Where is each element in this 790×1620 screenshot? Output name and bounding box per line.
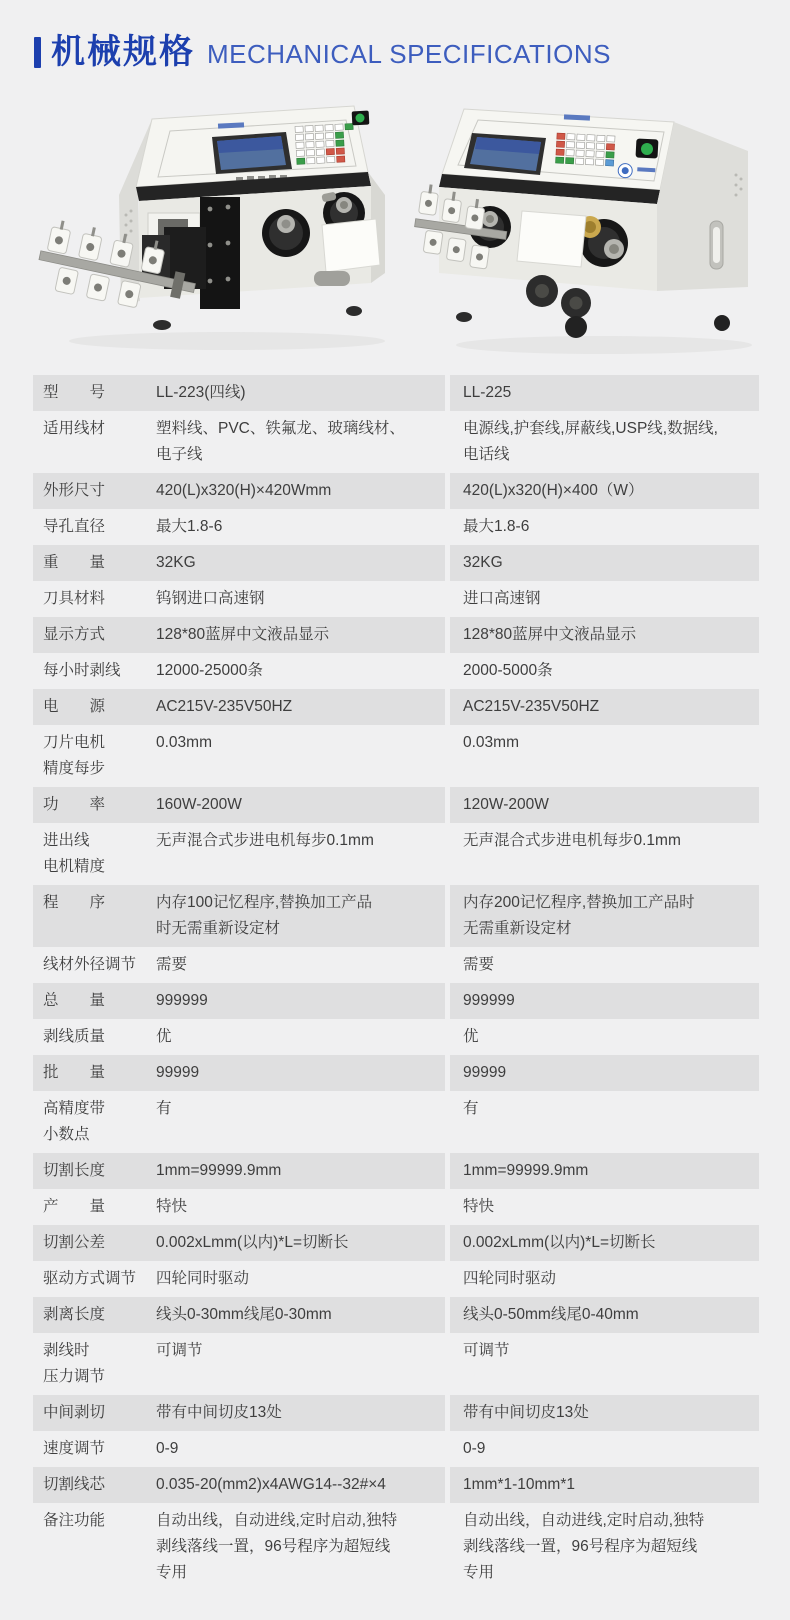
row-label: 驱动方式调节 <box>43 1266 156 1292</box>
row-label: 程 序 <box>43 890 156 916</box>
cell-model-b: 2000-5000条 <box>450 653 759 689</box>
cell-model-b: 128*80蓝屏中文液品显示 <box>450 617 759 653</box>
cell-model-a: 刀具材料钨钢进口高速钢 <box>33 581 445 617</box>
table-row: 切割线芯0.035-20(mm2)x4AWG14--32#×41mm*1-10m… <box>33 1467 759 1503</box>
value-model-b: 420(L)x320(H)×400（W） <box>463 482 649 499</box>
value-model-a: 有 <box>156 1096 178 1122</box>
row-label: 刀片电机 精度每步 <box>43 730 156 782</box>
value-model-a: 0.03mm <box>156 730 218 756</box>
row-label: 产 量 <box>43 1194 156 1220</box>
table-row: 进出线 电机精度无声混合式步进电机每步0.1mm无声混合式步进电机每步0.1mm <box>33 823 759 885</box>
cell-model-a: 线材外径调节需要 <box>33 947 445 983</box>
value-model-a: LL-223(四线) <box>156 380 252 406</box>
table-row: 批 量9999999999 <box>33 1055 759 1091</box>
value-model-b: 自动出线，自动进线,定时启动,独特 剥线落线一置，96号程序为超短线 专用 <box>463 1512 704 1581</box>
cell-model-b: 内存200记忆程序,替换加工产品时 无需重新设定材 <box>450 885 759 947</box>
cell-model-a: 中间剥切带有中间切皮13处 <box>33 1395 445 1431</box>
cell-model-b: 特快 <box>450 1189 759 1225</box>
cell-model-b: 有 <box>450 1091 759 1153</box>
cell-model-a: 剥离长度线头0-30mm线尾0-30mm <box>33 1297 445 1333</box>
cell-model-b: 进口高速钢 <box>450 581 759 617</box>
cell-model-a: 刀片电机 精度每步0.03mm <box>33 725 445 787</box>
cell-model-b: 优 <box>450 1019 759 1055</box>
page-title: 机械规格 <box>51 34 195 71</box>
cell-model-b: 1mm=99999.9mm <box>450 1153 759 1189</box>
table-row: 切割公差0.002xLmm(以内)*L=切断长0.002xLmm(以内)*L=切… <box>33 1225 759 1261</box>
machine-photo-ll223 <box>22 75 414 365</box>
value-model-b: 内存200记忆程序,替换加工产品时 无需重新设定材 <box>463 894 695 937</box>
value-model-a: 钨钢进口高速钢 <box>156 586 271 612</box>
table-row: 显示方式128*80蓝屏中文液品显示128*80蓝屏中文液品显示 <box>33 617 759 653</box>
cell-model-a: 切割公差0.002xLmm(以内)*L=切断长 <box>33 1225 445 1261</box>
value-model-a: 需要 <box>156 952 193 978</box>
value-model-a: 999999 <box>156 988 214 1014</box>
cell-model-a: 总 量999999 <box>33 983 445 1019</box>
cell-model-b: 1mm*1-10mm*1 <box>450 1467 759 1503</box>
row-label: 剥线质量 <box>43 1024 156 1050</box>
row-label: 显示方式 <box>43 622 156 648</box>
cell-model-a: 显示方式128*80蓝屏中文液品显示 <box>33 617 445 653</box>
value-model-a: 线头0-30mm线尾0-30mm <box>156 1302 338 1328</box>
cell-model-b: 0-9 <box>450 1431 759 1467</box>
cell-model-a: 适用线材塑料线、PVC、铁氟龙、玻璃线材、 电子线 <box>33 411 445 473</box>
table-row: 剥线质量优优 <box>33 1019 759 1055</box>
row-label: 重 量 <box>43 550 156 576</box>
cell-model-b: 四轮同时驱动 <box>450 1261 759 1297</box>
cell-model-a: 备注功能自动出线，自动进线,定时启动,独特 剥线落线一置，96号程序为超短线 专… <box>33 1503 445 1591</box>
cell-model-b: 自动出线，自动进线,定时启动,独特 剥线落线一置，96号程序为超短线 专用 <box>450 1503 759 1591</box>
table-row: 刀具材料钨钢进口高速钢进口高速钢 <box>33 581 759 617</box>
value-model-a: 128*80蓝屏中文液品显示 <box>156 622 335 648</box>
value-model-b: 999999 <box>463 992 521 1009</box>
spec-table: 型 号LL-223(四线)LL-225适用线材塑料线、PVC、铁氟龙、玻璃线材、… <box>33 375 759 1591</box>
value-model-a: 99999 <box>156 1060 205 1086</box>
machine-photo-ll225 <box>414 75 782 365</box>
table-row: 速度调节0-90-9 <box>33 1431 759 1467</box>
table-row: 线材外径调节需要需要 <box>33 947 759 983</box>
value-model-a: 最大1.8-6 <box>156 514 228 540</box>
value-model-b: 最大1.8-6 <box>463 518 535 535</box>
table-row: 中间剥切带有中间切皮13处带有中间切皮13处 <box>33 1395 759 1431</box>
value-model-b: 1mm=99999.9mm <box>463 1162 594 1179</box>
value-model-b: 电源线,护套线,屏蔽线,USP线,数据线, 电话线 <box>463 420 718 463</box>
row-label: 适用线材 <box>43 416 156 442</box>
value-model-a: 可调节 <box>156 1338 209 1364</box>
cell-model-b: 999999 <box>450 983 759 1019</box>
value-model-b: 进口高速钢 <box>463 590 547 607</box>
table-row: 电 源AC215V-235V50HZAC215V-235V50HZ <box>33 689 759 725</box>
page-header: 机械规格 MECHANICAL SPECIFICATIONS <box>0 0 790 71</box>
cell-model-b: 最大1.8-6 <box>450 509 759 545</box>
cell-model-a: 剥线质量优 <box>33 1019 445 1055</box>
table-row: 高精度带 小数点有有 <box>33 1091 759 1153</box>
value-model-a: 32KG <box>156 550 202 576</box>
row-label: 刀具材料 <box>43 586 156 612</box>
value-model-a: 内存100记忆程序,替换加工产品 时无需重新设定材 <box>156 890 378 942</box>
cell-model-b: 0.03mm <box>450 725 759 787</box>
row-label: 进出线 电机精度 <box>43 828 156 880</box>
table-row: 剥离长度线头0-30mm线尾0-30mm线头0-50mm线尾0-40mm <box>33 1297 759 1333</box>
cell-model-b: 带有中间切皮13处 <box>450 1395 759 1431</box>
cell-model-a: 切割线芯0.035-20(mm2)x4AWG14--32#×4 <box>33 1467 445 1503</box>
value-model-a: 带有中间切皮13处 <box>156 1400 288 1426</box>
value-model-b: 0.03mm <box>463 734 525 751</box>
row-label: 速度调节 <box>43 1436 156 1462</box>
value-model-b: 特快 <box>463 1198 500 1215</box>
value-model-b: 线头0-50mm线尾0-40mm <box>463 1306 645 1323</box>
row-label: 外形尺寸 <box>43 478 156 504</box>
value-model-b: 可调节 <box>463 1342 516 1359</box>
value-model-a: 塑料线、PVC、铁氟龙、玻璃线材、 电子线 <box>156 416 411 468</box>
cell-model-a: 外形尺寸420(L)x320(H)×420Wmm <box>33 473 445 509</box>
value-model-a: AC215V-235V50HZ <box>156 694 298 720</box>
table-row: 适用线材塑料线、PVC、铁氟龙、玻璃线材、 电子线电源线,护套线,屏蔽线,USP… <box>33 411 759 473</box>
row-label: 每小时剥线 <box>43 658 156 684</box>
cell-model-a: 批 量99999 <box>33 1055 445 1091</box>
value-model-a: 四轮同时驱动 <box>156 1266 255 1292</box>
row-label: 功 率 <box>43 792 156 818</box>
cell-model-b: AC215V-235V50HZ <box>450 689 759 725</box>
table-row: 外形尺寸420(L)x320(H)×420Wmm420(L)x320(H)×40… <box>33 473 759 509</box>
cell-model-b: 120W-200W <box>450 787 759 823</box>
value-model-a: 特快 <box>156 1194 193 1220</box>
value-model-b: 0-9 <box>463 1440 491 1457</box>
value-model-a: 160W-200W <box>156 792 248 818</box>
row-label: 总 量 <box>43 988 156 1014</box>
value-model-b: 32KG <box>463 554 509 571</box>
value-model-b: 128*80蓝屏中文液品显示 <box>463 626 642 643</box>
cell-model-a: 电 源AC215V-235V50HZ <box>33 689 445 725</box>
value-model-b: 无声混合式步进电机每步0.1mm <box>463 832 687 849</box>
value-model-a: 自动出线，自动进线,定时启动,独特 剥线落线一置，96号程序为超短线 专用 <box>156 1508 403 1586</box>
cell-model-b: 0.002xLmm(以内)*L=切断长 <box>450 1225 759 1261</box>
value-model-a: 0-9 <box>156 1436 184 1462</box>
value-model-b: AC215V-235V50HZ <box>463 698 605 715</box>
table-row: 产 量特快特快 <box>33 1189 759 1225</box>
product-photos <box>0 71 790 367</box>
table-row: 重 量32KG32KG <box>33 545 759 581</box>
value-model-b: 0.002xLmm(以内)*L=切断长 <box>463 1234 662 1251</box>
row-label: 剥离长度 <box>43 1302 156 1328</box>
cell-model-a: 程 序内存100记忆程序,替换加工产品 时无需重新设定材 <box>33 885 445 947</box>
table-row: 功 率160W-200W120W-200W <box>33 787 759 823</box>
row-label: 备注功能 <box>43 1508 156 1534</box>
value-model-a: 无声混合式步进电机每步0.1mm <box>156 828 380 854</box>
page-subtitle: MECHANICAL SPECIFICATIONS <box>207 39 611 70</box>
value-model-a: 0.002xLmm(以内)*L=切断长 <box>156 1230 355 1256</box>
accent-bar <box>34 37 41 68</box>
value-model-a: 1mm=99999.9mm <box>156 1158 287 1184</box>
cell-model-b: 电源线,护套线,屏蔽线,USP线,数据线, 电话线 <box>450 411 759 473</box>
cell-model-a: 驱动方式调节四轮同时驱动 <box>33 1261 445 1297</box>
table-row: 驱动方式调节四轮同时驱动四轮同时驱动 <box>33 1261 759 1297</box>
cell-model-a: 切割长度1mm=99999.9mm <box>33 1153 445 1189</box>
value-model-b: 带有中间切皮13处 <box>463 1404 595 1421</box>
cell-model-b: 需要 <box>450 947 759 983</box>
row-label: 中间剥切 <box>43 1400 156 1426</box>
value-model-a: 12000-25000条 <box>156 658 269 684</box>
cell-model-a: 功 率160W-200W <box>33 787 445 823</box>
table-row: 程 序内存100记忆程序,替换加工产品 时无需重新设定材内存200记忆程序,替换… <box>33 885 759 947</box>
row-label: 切割长度 <box>43 1158 156 1184</box>
cell-model-a: 重 量32KG <box>33 545 445 581</box>
row-label: 导孔直径 <box>43 514 156 540</box>
table-row: 总 量999999999999 <box>33 983 759 1019</box>
value-model-b: 2000-5000条 <box>463 662 559 679</box>
table-row: 导孔直径最大1.8-6最大1.8-6 <box>33 509 759 545</box>
value-model-a: 优 <box>156 1024 178 1050</box>
cell-model-b: 99999 <box>450 1055 759 1091</box>
table-row: 型 号LL-223(四线)LL-225 <box>33 375 759 411</box>
row-label: 剥线时 压力调节 <box>43 1338 156 1390</box>
value-model-b: 需要 <box>463 956 500 973</box>
row-label: 批 量 <box>43 1060 156 1086</box>
cell-model-b: LL-225 <box>450 375 759 411</box>
cell-model-b: 420(L)x320(H)×400（W） <box>450 473 759 509</box>
table-row: 每小时剥线12000-25000条2000-5000条 <box>33 653 759 689</box>
cell-model-a: 高精度带 小数点有 <box>33 1091 445 1153</box>
row-label: 高精度带 小数点 <box>43 1096 156 1148</box>
value-model-b: 99999 <box>463 1064 512 1081</box>
value-model-b: 有 <box>463 1100 485 1117</box>
cell-model-b: 无声混合式步进电机每步0.1mm <box>450 823 759 885</box>
cell-model-b: 线头0-50mm线尾0-40mm <box>450 1297 759 1333</box>
value-model-b: 优 <box>463 1028 485 1045</box>
value-model-a: 420(L)x320(H)×420Wmm <box>156 478 337 504</box>
row-label: 型 号 <box>43 380 156 406</box>
cell-model-a: 型 号LL-223(四线) <box>33 375 445 411</box>
cell-model-b: 可调节 <box>450 1333 759 1395</box>
table-row: 刀片电机 精度每步0.03mm0.03mm <box>33 725 759 787</box>
row-label: 切割公差 <box>43 1230 156 1256</box>
value-model-b: 120W-200W <box>463 796 555 813</box>
row-label: 电 源 <box>43 694 156 720</box>
cell-model-a: 每小时剥线12000-25000条 <box>33 653 445 689</box>
table-row: 剥线时 压力调节可调节可调节 <box>33 1333 759 1395</box>
table-row: 切割长度1mm=99999.9mm1mm=99999.9mm <box>33 1153 759 1189</box>
cell-model-a: 剥线时 压力调节可调节 <box>33 1333 445 1395</box>
table-row: 备注功能自动出线，自动进线,定时启动,独特 剥线落线一置，96号程序为超短线 专… <box>33 1503 759 1591</box>
value-model-a: 0.035-20(mm2)x4AWG14--32#×4 <box>156 1472 392 1498</box>
row-label: 切割线芯 <box>43 1472 156 1498</box>
value-model-b: 四轮同时驱动 <box>463 1270 562 1287</box>
cell-model-b: 32KG <box>450 545 759 581</box>
value-model-b: LL-225 <box>463 384 517 401</box>
cell-model-a: 速度调节0-9 <box>33 1431 445 1467</box>
cell-model-a: 进出线 电机精度无声混合式步进电机每步0.1mm <box>33 823 445 885</box>
cell-model-a: 导孔直径最大1.8-6 <box>33 509 445 545</box>
cell-model-a: 产 量特快 <box>33 1189 445 1225</box>
row-label: 线材外径调节 <box>43 952 156 978</box>
value-model-b: 1mm*1-10mm*1 <box>463 1476 581 1493</box>
